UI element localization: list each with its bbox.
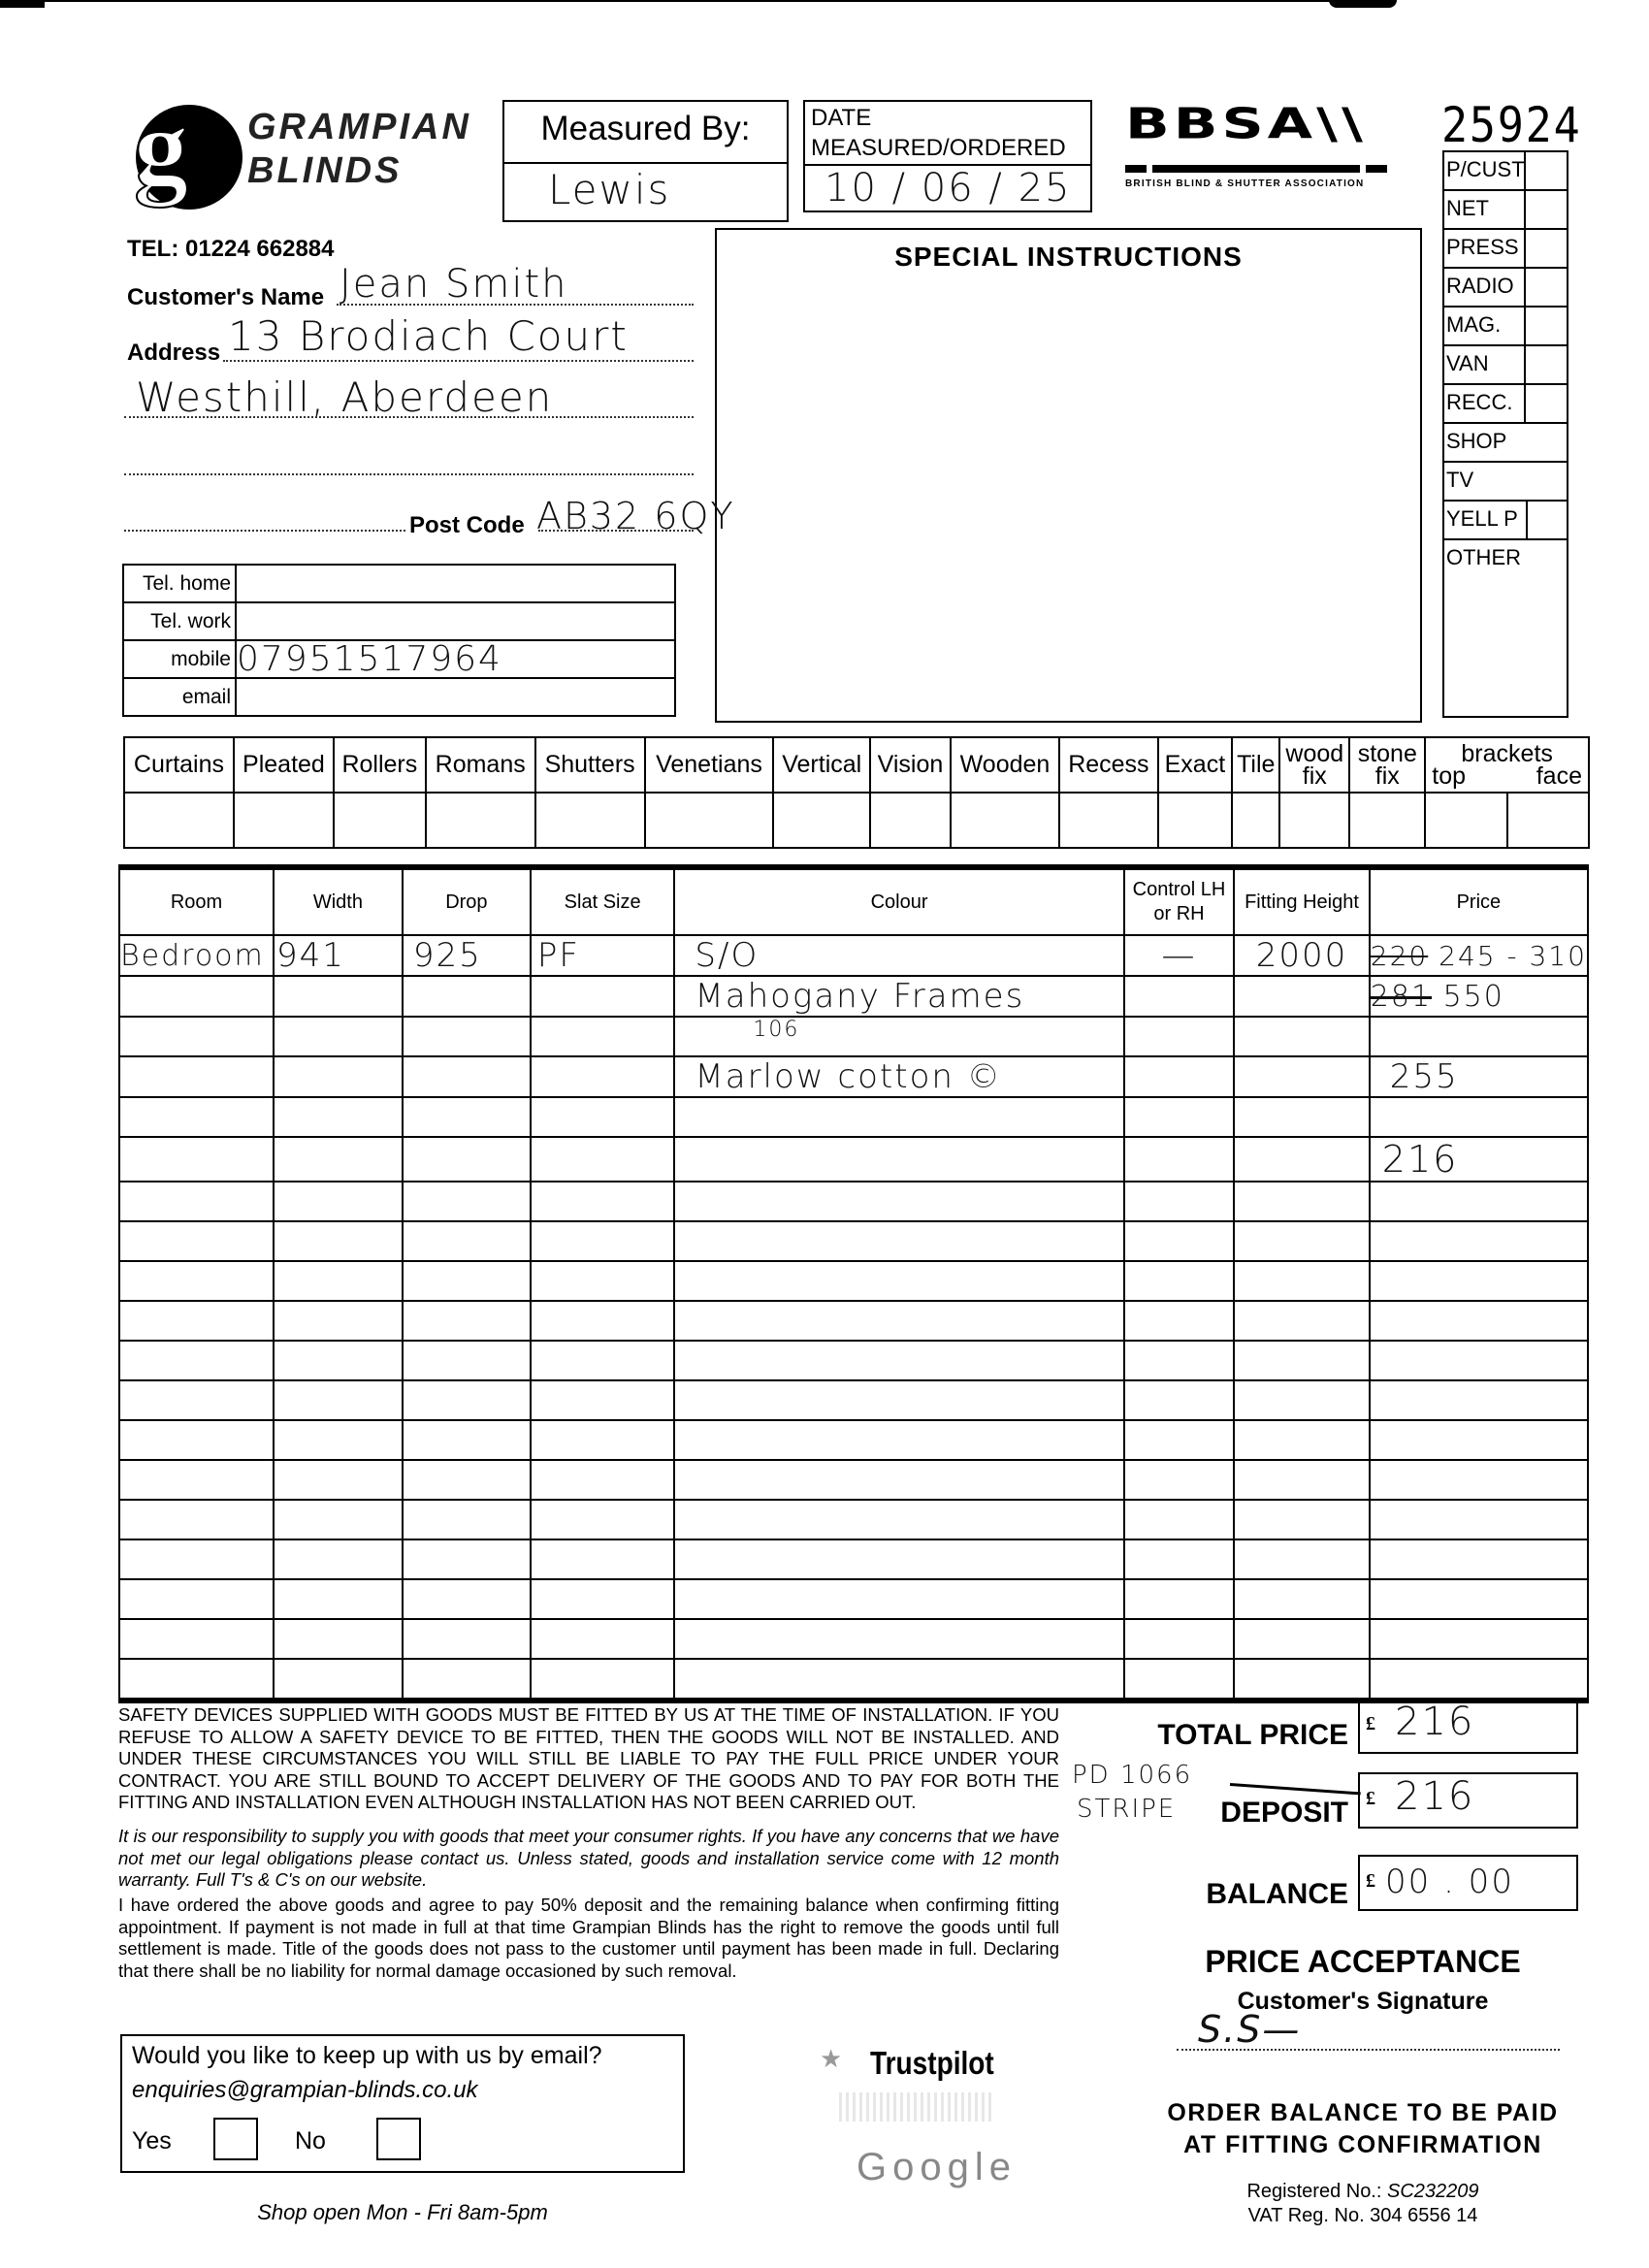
table-row: Marlow cotton © 255 — [119, 1056, 1588, 1097]
col-colour: Colour — [674, 867, 1123, 935]
room-cell[interactable] — [119, 1056, 274, 1097]
special-instructions-title: SPECIAL INSTRUCTIONS — [717, 242, 1420, 273]
product-recess: Recess — [1059, 737, 1157, 793]
tel-work-label: Tel. work — [123, 602, 236, 640]
order-lines-table: Room Width Drop Slat Size Colour Control… — [118, 864, 1589, 1703]
drop-cell[interactable] — [403, 976, 531, 1017]
col-slat-size: Slat Size — [531, 867, 675, 935]
yes-label: Yes — [132, 2127, 172, 2155]
consumer-rights-terms: It is our responsibility to supply you w… — [118, 1826, 1059, 1892]
email-signup-box: Would you like to keep up with us by ema… — [120, 2034, 685, 2173]
product-checkbox[interactable] — [951, 793, 1059, 848]
safety-terms: SAFETY DEVICES SUPPLIED WITH GOODS MUST … — [118, 1704, 1059, 1814]
product-checkbox[interactable] — [234, 793, 334, 848]
product-stone-fix: stone fix — [1349, 737, 1425, 793]
trustpilot-badge[interactable]: Trustpilot — [870, 2045, 994, 2082]
fitting-height-cell[interactable] — [1234, 976, 1370, 1017]
price-acceptance-title: PRICE ACCEPTANCE — [1115, 1944, 1610, 1980]
product-venetians: Venetians — [645, 737, 774, 793]
table-row — [119, 1539, 1588, 1579]
mobile-field[interactable]: 07951517964 — [236, 640, 675, 678]
scan-artifact — [1329, 0, 1397, 8]
bbsa-subtitle: BRITISH BLIND & SHUTTER ASSOCIATION — [1125, 178, 1364, 189]
logo-g-icon: g — [134, 93, 188, 202]
balance-box[interactable]: £ 00 . 00 — [1358, 1855, 1578, 1911]
signature-label: Customer's Signature — [1115, 1988, 1610, 2016]
drop-cell[interactable]: 925 — [403, 935, 531, 976]
colour-cell[interactable]: 106 — [674, 1017, 1123, 1056]
room-cell[interactable]: Bedroom — [119, 935, 274, 976]
source-option[interactable]: OTHER — [1442, 538, 1568, 718]
address-line-3-field[interactable] — [136, 437, 689, 471]
product-checkbox[interactable] — [1349, 793, 1425, 848]
room-cell[interactable] — [119, 1017, 274, 1056]
yes-checkbox[interactable] — [213, 2118, 258, 2160]
price-cell[interactable] — [1370, 1097, 1588, 1137]
width-cell[interactable] — [274, 1097, 403, 1137]
drop-cell[interactable] — [403, 1056, 531, 1097]
bbsa-bar — [1125, 165, 1147, 173]
slat-cell[interactable] — [531, 1097, 675, 1137]
bbsa-logo: BBSA\\ — [1125, 100, 1367, 148]
slat-cell[interactable] — [531, 1137, 675, 1182]
bbsa-bar — [1152, 165, 1360, 173]
price-cell[interactable]: 220 245 - 310 — [1370, 935, 1588, 976]
source-option[interactable]: P/CUST — [1442, 150, 1568, 189]
width-cell[interactable] — [274, 1017, 403, 1056]
email-label: email — [123, 678, 236, 716]
width-cell[interactable]: 941 — [274, 935, 403, 976]
customer-signature[interactable]: S.S— — [1198, 2008, 1301, 2051]
source-option[interactable]: RECC. — [1442, 383, 1568, 422]
bracket-top-checkbox[interactable] — [1425, 793, 1506, 848]
bracket-face-checkbox[interactable] — [1507, 793, 1589, 848]
table-row — [119, 1460, 1588, 1500]
product-shutters: Shutters — [535, 737, 645, 793]
product-tile: Tile — [1232, 737, 1279, 793]
control-cell[interactable] — [1124, 1017, 1235, 1056]
date-label-1: DATE — [811, 105, 871, 132]
product-checkbox[interactable] — [535, 793, 645, 848]
slat-cell[interactable]: PF — [531, 935, 675, 976]
control-cell[interactable] — [1124, 1137, 1235, 1182]
col-fitting-height: Fitting Height — [1234, 867, 1370, 935]
date-label-2: MEASURED/ORDERED — [811, 135, 1066, 162]
product-vertical: Vertical — [773, 737, 870, 793]
special-instructions-box[interactable]: SPECIAL INSTRUCTIONS — [715, 228, 1422, 723]
colour-cell[interactable]: Marlow cotton © — [674, 1056, 1123, 1097]
product-exact: Exact — [1158, 737, 1233, 793]
customer-name-field[interactable]: Jean Smith — [339, 262, 568, 307]
drop-cell[interactable] — [403, 1017, 531, 1056]
source-option[interactable]: YELL P — [1442, 500, 1568, 538]
col-price: Price — [1370, 867, 1588, 935]
total-price-value: 216 — [1395, 1700, 1474, 1744]
col-drop: Drop — [403, 867, 531, 935]
slat-cell[interactable] — [531, 1056, 675, 1097]
deposit-value: 216 — [1395, 1774, 1474, 1819]
product-rollers: Rollers — [334, 737, 426, 793]
address-line-2-field[interactable]: Westhill, Aberdeen — [136, 373, 553, 421]
table-row: Mahogany Frames 281 550 — [119, 976, 1588, 1017]
address-line-1-field[interactable]: 13 Brodiach Court — [228, 312, 629, 360]
date-box: DATE MEASURED/ORDERED 10 / 06 / 25 — [803, 100, 1092, 212]
control-cell[interactable] — [1124, 1056, 1235, 1097]
total-price-box[interactable]: £ 216 — [1358, 1698, 1578, 1754]
product-checkbox[interactable] — [645, 793, 774, 848]
product-type-table: Curtains Pleated Rollers Romans Shutters… — [123, 736, 1590, 849]
colour-cell[interactable] — [674, 1137, 1123, 1182]
source-option[interactable]: SHOP — [1442, 422, 1568, 461]
google-badge[interactable]: Google — [857, 2146, 1017, 2189]
measured-by-box: Measured By: Lewis — [502, 100, 789, 222]
product-checkbox[interactable] — [1158, 793, 1233, 848]
no-label: No — [295, 2127, 326, 2155]
table-row: 216 — [119, 1137, 1588, 1182]
product-checkbox[interactable] — [1059, 793, 1157, 848]
balance-label: BALANCE — [1164, 1878, 1348, 1911]
postcode-label: Post Code — [409, 512, 525, 539]
table-row — [119, 1659, 1588, 1701]
measured-by-label: Measured By: — [504, 110, 787, 148]
vat-number: VAT Reg. No. 304 6556 14 — [1115, 2205, 1610, 2227]
product-checkbox[interactable] — [334, 793, 426, 848]
tel-work-field[interactable] — [236, 602, 675, 640]
fitting-height-cell[interactable]: 2000 — [1234, 935, 1370, 976]
price-cell[interactable]: 281 550 — [1370, 976, 1588, 1017]
measured-by-value[interactable]: Lewis — [548, 166, 670, 213]
col-width: Width — [274, 867, 403, 935]
order-agreement-terms: I have ordered the above goods and agree… — [118, 1895, 1059, 1982]
table-row — [119, 1579, 1588, 1619]
table-row — [119, 1261, 1588, 1301]
table-row — [119, 1500, 1588, 1539]
width-cell[interactable] — [274, 976, 403, 1017]
balance-value: 00 . 00 — [1385, 1863, 1514, 1901]
product-checkbox[interactable] — [1232, 793, 1279, 848]
col-control: Control LH or RH — [1124, 867, 1235, 935]
table-row — [119, 1420, 1588, 1460]
tel-home-field[interactable] — [236, 565, 675, 602]
drop-cell[interactable] — [403, 1137, 531, 1182]
tel-home-label: Tel. home — [123, 565, 236, 602]
order-balance-note-1: ORDER BALANCE TO BE PAID — [1115, 2099, 1610, 2127]
price-cell[interactable] — [1370, 1017, 1588, 1056]
product-checkbox[interactable] — [870, 793, 951, 848]
table-row — [119, 1221, 1588, 1261]
fitting-height-cell[interactable] — [1234, 1097, 1370, 1137]
deposit-label: DEPOSIT — [1212, 1797, 1348, 1830]
col-room: Room — [119, 867, 274, 935]
price-cell[interactable]: 255 — [1370, 1056, 1588, 1097]
deposit-note-method: STRIPE — [1077, 1795, 1176, 1824]
table-row: Bedroom 941 925 PF S/O — 2000 220 245 - … — [119, 935, 1588, 976]
no-checkbox[interactable] — [376, 2118, 421, 2160]
postcode-field[interactable]: AB32 6QY — [536, 495, 735, 537]
table-row — [119, 1619, 1588, 1659]
product-checkbox[interactable] — [426, 793, 535, 848]
product-vision: Vision — [870, 737, 951, 793]
company-phone: TEL: 01224 662884 — [127, 236, 334, 263]
table-row — [119, 1341, 1588, 1380]
trustpilot-rating-stars — [839, 2092, 994, 2122]
brackets-header: brackets topface — [1425, 737, 1589, 793]
scan-artifact — [45, 0, 1354, 2]
total-price-label: TOTAL PRICE — [1115, 1719, 1348, 1752]
logo-line-1: GRAMPIAN — [247, 107, 471, 148]
table-row — [119, 1380, 1588, 1420]
date-value[interactable]: 10 / 06 / 25 — [824, 166, 1072, 211]
product-checkbox[interactable] — [1279, 793, 1349, 848]
fitting-height-cell[interactable] — [1234, 1017, 1370, 1056]
product-wood-fix: wood fix — [1279, 737, 1349, 793]
colour-cell[interactable]: S/O — [674, 935, 1123, 976]
email-signup-question: Would you like to keep up with us by ema… — [132, 2042, 602, 2070]
room-cell[interactable] — [119, 1097, 274, 1137]
email-field[interactable] — [236, 678, 675, 716]
slat-cell[interactable] — [531, 1017, 675, 1056]
control-cell[interactable] — [1124, 1097, 1235, 1137]
control-cell[interactable]: — — [1124, 935, 1235, 976]
source-option[interactable]: PRESS — [1442, 228, 1568, 267]
registration-number: Registered No.: SC232209 — [1115, 2181, 1610, 2203]
fitting-height-cell[interactable] — [1234, 1137, 1370, 1182]
contact-table: Tel. home Tel. work mobile07951517964 em… — [122, 564, 676, 717]
product-checkbox[interactable] — [124, 793, 234, 848]
width-cell[interactable] — [274, 1137, 403, 1182]
source-option[interactable]: VAN — [1442, 344, 1568, 383]
room-cell[interactable] — [119, 976, 274, 1017]
product-pleated: Pleated — [234, 737, 334, 793]
colour-cell[interactable]: Mahogany Frames — [674, 976, 1123, 1017]
product-romans: Romans — [426, 737, 535, 793]
table-row — [119, 1097, 1588, 1137]
order-balance-note-2: AT FITTING CONFIRMATION — [1115, 2131, 1610, 2159]
order-number: 25924 — [1441, 97, 1581, 153]
lead-source-table: P/CUST NET PRESS RADIO MAG. VAN RECC. SH… — [1442, 150, 1568, 718]
table-row: 106 — [119, 1017, 1588, 1056]
deposit-note-arrow — [1230, 1783, 1361, 1795]
customer-name-label: Customer's Name — [127, 284, 324, 311]
product-checkbox[interactable] — [773, 793, 870, 848]
slat-cell[interactable] — [531, 976, 675, 1017]
deposit-note-ref: PD 1066 — [1072, 1761, 1192, 1790]
deposit-box[interactable]: £ 216 — [1358, 1772, 1578, 1829]
fitting-height-cell[interactable] — [1234, 1056, 1370, 1097]
width-cell[interactable] — [274, 1056, 403, 1097]
colour-cell[interactable] — [674, 1097, 1123, 1137]
source-option[interactable]: RADIO — [1442, 267, 1568, 306]
table-row — [119, 1301, 1588, 1341]
bbsa-bar — [1366, 165, 1387, 173]
mobile-label: mobile — [123, 640, 236, 678]
room-cell[interactable] — [119, 1137, 274, 1182]
company-email[interactable]: enquiries@grampian-blinds.co.uk — [132, 2077, 478, 2104]
source-option[interactable]: TV — [1442, 461, 1568, 500]
logo-line-2: BLINDS — [247, 150, 402, 192]
control-cell[interactable] — [1124, 976, 1235, 1017]
product-curtains: Curtains — [124, 737, 234, 793]
trustpilot-star-icon: ★ — [820, 2044, 842, 2074]
drop-cell[interactable] — [403, 1097, 531, 1137]
product-wooden: Wooden — [951, 737, 1059, 793]
shop-hours: Shop open Mon - Fri 8am-5pm — [120, 2200, 685, 2225]
price-cell[interactable]: 216 — [1370, 1137, 1588, 1182]
source-option[interactable]: NET — [1442, 189, 1568, 228]
scan-artifact — [0, 0, 45, 8]
source-option[interactable]: MAG. — [1442, 306, 1568, 344]
address-label: Address — [127, 340, 220, 367]
table-row — [119, 1182, 1588, 1221]
